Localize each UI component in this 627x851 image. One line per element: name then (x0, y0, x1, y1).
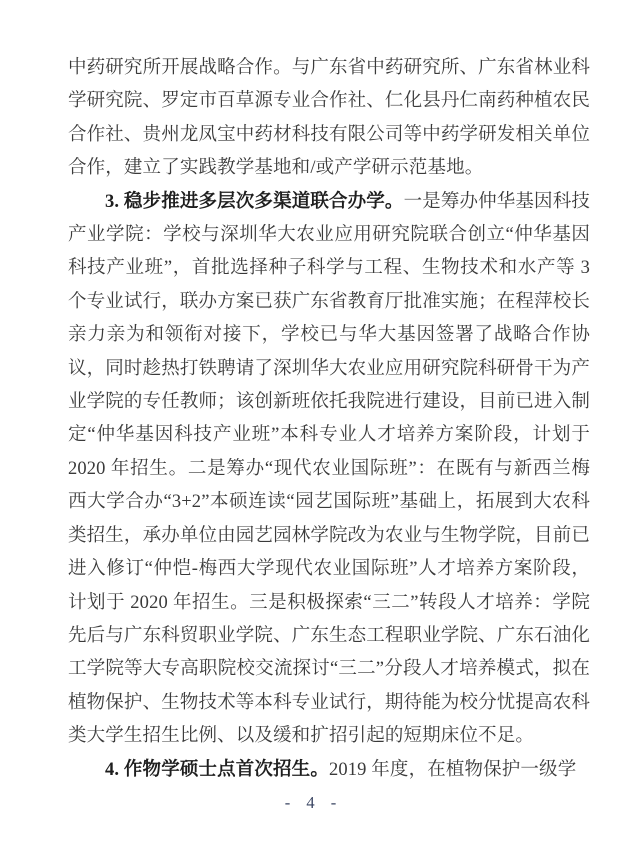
paragraph: 4. 作物学硕士点首次招生。2019 年度，在植物保护一级学 (68, 754, 590, 787)
paragraph-heading-run: 3. 稳步推进多层次多渠道联合办学。 (105, 192, 404, 212)
paragraph: 中药研究所开展战略合作。与广东省中药研究所、广东省林业科学研究院、罗定市百草源专… (68, 52, 590, 186)
paragraph-text-run: 一是筹办仲华基因科技产业学院：学校与深圳华大农业应用研究院联合创立“仲华基因科技… (68, 192, 590, 747)
page-number: - 4 - (0, 793, 627, 813)
document-body: 中药研究所开展战略合作。与广东省中药研究所、广东省林业科学研究院、罗定市百草源专… (68, 52, 590, 787)
paragraph-text-run: 2019 年度，在植物保护一级学 (329, 760, 576, 780)
document-page: 中药研究所开展战略合作。与广东省中药研究所、广东省林业科学研究院、罗定市百草源专… (0, 0, 627, 851)
paragraph-heading-run: 4. 作物学硕士点首次招生。 (105, 760, 329, 780)
paragraph: 3. 稳步推进多层次多渠道联合办学。一是筹办仲华基因科技产业学院：学校与深圳华大… (68, 186, 590, 754)
paragraph-text-run: 中药研究所开展战略合作。与广东省中药研究所、广东省林业科学研究院、罗定市百草源专… (68, 58, 590, 178)
